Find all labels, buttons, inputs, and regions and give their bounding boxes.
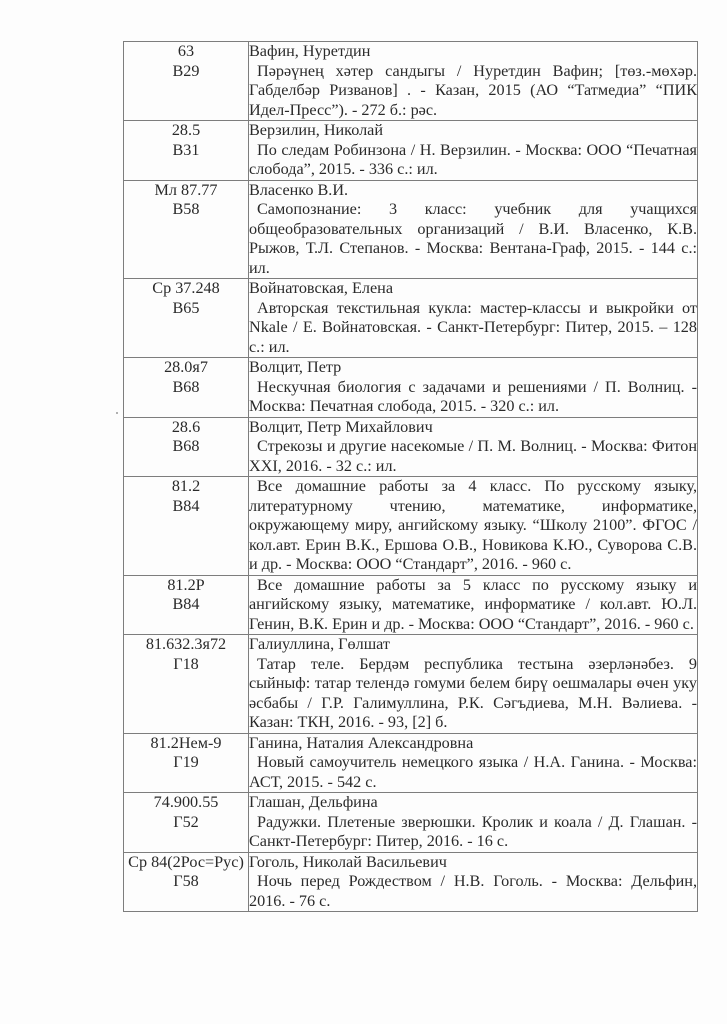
author-heading: Гоголь, Николай Васильевич bbox=[249, 853, 697, 873]
author-mark: Г19 bbox=[124, 753, 248, 773]
catalog-table-body: 63 В29 Вафин, Нуретдин Пәрәүнең хәтер са… bbox=[124, 42, 698, 912]
description-cell: Галиуллина, Гөлшат Татар теле. Бердәм ре… bbox=[249, 635, 698, 734]
class-code: Ср 37.248 bbox=[124, 279, 248, 299]
description-cell: Вафин, Нуретдин Пәрәүнең хәтер сандыгы /… bbox=[249, 42, 698, 121]
bibliographic-description: Все домашние работы за 4 класс. По русск… bbox=[249, 477, 697, 575]
author-mark: В31 bbox=[124, 141, 248, 161]
bibliographic-description: Пәрәүнең хәтер сандыгы / Нуретдин Вафин;… bbox=[249, 62, 697, 121]
class-code: 81.632.3я72 bbox=[124, 635, 248, 655]
classification-cell: 28.5 В31 bbox=[124, 121, 249, 181]
catalog-entry-row: 28.5 В31 Верзилин, Николай По следам Роб… bbox=[124, 121, 698, 181]
author-heading: Ганина, Наталия Александровна bbox=[249, 734, 697, 754]
class-code: 81.2Р bbox=[124, 576, 248, 596]
description-cell: Все домашние работы за 5 класс по русско… bbox=[249, 575, 698, 635]
bibliographic-description: Стрекозы и другие насекомые / П. М. Волн… bbox=[249, 437, 697, 476]
class-code: 63 bbox=[124, 42, 248, 62]
classification-cell: 81.632.3я72 Г18 bbox=[124, 635, 249, 734]
bibliographic-description: Самопознание: 3 класс: учебник для учащи… bbox=[249, 200, 697, 278]
classification-cell: 81.2Р В84 bbox=[124, 575, 249, 635]
author-mark: В58 bbox=[124, 200, 248, 220]
catalog-entry-row: 28.0я7 В68 Волцит, Петр Нескучная биолог… bbox=[124, 358, 698, 418]
description-cell: Войнатовская, Елена Авторская текстильна… bbox=[249, 279, 698, 358]
classification-cell: 81.2Нем-9 Г19 bbox=[124, 733, 249, 793]
class-code: 81.2Нем-9 bbox=[124, 734, 248, 754]
bibliographic-description: Новый самоучитель немецкого языка / Н.А.… bbox=[249, 753, 697, 792]
description-cell: Все домашние работы за 4 класс. По русск… bbox=[249, 477, 698, 576]
catalog-entry-row: 28.6 В68 Волцит, Петр Михайлович Стрекоз… bbox=[124, 417, 698, 477]
catalog-entry-row: 63 В29 Вафин, Нуретдин Пәрәүнең хәтер са… bbox=[124, 42, 698, 121]
bibliographic-description: Нескучная биология с задачами и решениям… bbox=[249, 378, 697, 417]
classification-cell: 81.2 В84 bbox=[124, 477, 249, 576]
author-heading: Волцит, Петр Михайлович bbox=[249, 418, 697, 438]
class-code: 81.2 bbox=[124, 477, 248, 497]
description-cell: Верзилин, Николай По следам Робинзона / … bbox=[249, 121, 698, 181]
class-code: Ср 84(2Рос=Рус) bbox=[124, 853, 248, 873]
class-code: Мл 87.77 bbox=[124, 181, 248, 201]
class-code: 28.5 bbox=[124, 121, 248, 141]
class-code: 74.900.55 bbox=[124, 793, 248, 813]
catalog-entry-row: 81.2Р В84 Все домашние работы за 5 класс… bbox=[124, 575, 698, 635]
catalog-entry-row: 81.2 В84 Все домашние работы за 4 класс.… bbox=[124, 477, 698, 576]
bibliographic-description: По следам Робинзона / Н. Верзилин. - Мос… bbox=[249, 141, 697, 180]
classification-cell: Ср 84(2Рос=Рус) Г58 bbox=[124, 852, 249, 912]
class-code: 28.0я7 bbox=[124, 358, 248, 378]
classification-cell: Ср 37.248 В65 bbox=[124, 279, 249, 358]
author-mark: В65 bbox=[124, 299, 248, 319]
scan-speck bbox=[116, 412, 118, 414]
classification-cell: 28.0я7 В68 bbox=[124, 358, 249, 418]
catalog-entry-row: 74.900.55 Г52 Глашан, Дельфина Радужки. … bbox=[124, 793, 698, 853]
bibliographic-description: Ночь перед Рождеством / Н.В. Гоголь. - М… bbox=[249, 872, 697, 911]
author-mark: Г52 bbox=[124, 813, 248, 833]
author-heading: Власенко В.И. bbox=[249, 181, 697, 201]
catalog-entry-row: Ср 37.248 В65 Войнатовская, Елена Авторс… bbox=[124, 279, 698, 358]
author-mark: В29 bbox=[124, 62, 248, 82]
author-mark: Г58 bbox=[124, 872, 248, 892]
bibliographic-description: Авторская текстильная кукла: мастер-клас… bbox=[249, 299, 697, 358]
catalog-table: 63 В29 Вафин, Нуретдин Пәрәүнең хәтер са… bbox=[123, 41, 698, 912]
catalog-entry-row: 81.2Нем-9 Г19 Ганина, Наталия Александро… bbox=[124, 733, 698, 793]
description-cell: Волцит, Петр Нескучная биология с задача… bbox=[249, 358, 698, 418]
classification-cell: 74.900.55 Г52 bbox=[124, 793, 249, 853]
author-mark: В84 bbox=[124, 497, 248, 517]
classification-cell: Мл 87.77 В58 bbox=[124, 180, 249, 279]
description-cell: Гоголь, Николай Васильевич Ночь перед Ро… bbox=[249, 852, 698, 912]
author-heading: Верзилин, Николай bbox=[249, 121, 697, 141]
author-mark: В68 bbox=[124, 378, 248, 398]
catalog-entry-row: Мл 87.77 В58 Власенко В.И. Самопознание:… bbox=[124, 180, 698, 279]
author-mark: В68 bbox=[124, 437, 248, 457]
author-mark: Г18 bbox=[124, 655, 248, 675]
description-cell: Власенко В.И. Самопознание: 3 класс: уче… bbox=[249, 180, 698, 279]
scanned-page: 63 В29 Вафин, Нуретдин Пәрәүнең хәтер са… bbox=[0, 0, 727, 1024]
catalog-entry-row: Ср 84(2Рос=Рус) Г58 Гоголь, Николай Васи… bbox=[124, 852, 698, 912]
author-heading: Галиуллина, Гөлшат bbox=[249, 635, 697, 655]
author-heading: Войнатовская, Елена bbox=[249, 279, 697, 299]
bibliographic-description: Татар теле. Бердәм республика тестына әз… bbox=[249, 655, 697, 733]
description-cell: Ганина, Наталия Александровна Новый само… bbox=[249, 733, 698, 793]
class-code: 28.6 bbox=[124, 418, 248, 438]
bibliographic-description: Все домашние работы за 5 класс по русско… bbox=[249, 576, 697, 635]
author-mark: В84 bbox=[124, 595, 248, 615]
author-heading: Вафин, Нуретдин bbox=[249, 42, 697, 62]
bibliographic-description: Радужки. Плетеные зверюшки. Кролик и коа… bbox=[249, 813, 697, 852]
description-cell: Волцит, Петр Михайлович Стрекозы и други… bbox=[249, 417, 698, 477]
classification-cell: 63 В29 bbox=[124, 42, 249, 121]
description-cell: Глашан, Дельфина Радужки. Плетеные зверю… bbox=[249, 793, 698, 853]
classification-cell: 28.6 В68 bbox=[124, 417, 249, 477]
author-heading: Глашан, Дельфина bbox=[249, 793, 697, 813]
catalog-entry-row: 81.632.3я72 Г18 Галиуллина, Гөлшат Татар… bbox=[124, 635, 698, 734]
author-heading: Волцит, Петр bbox=[249, 358, 697, 378]
